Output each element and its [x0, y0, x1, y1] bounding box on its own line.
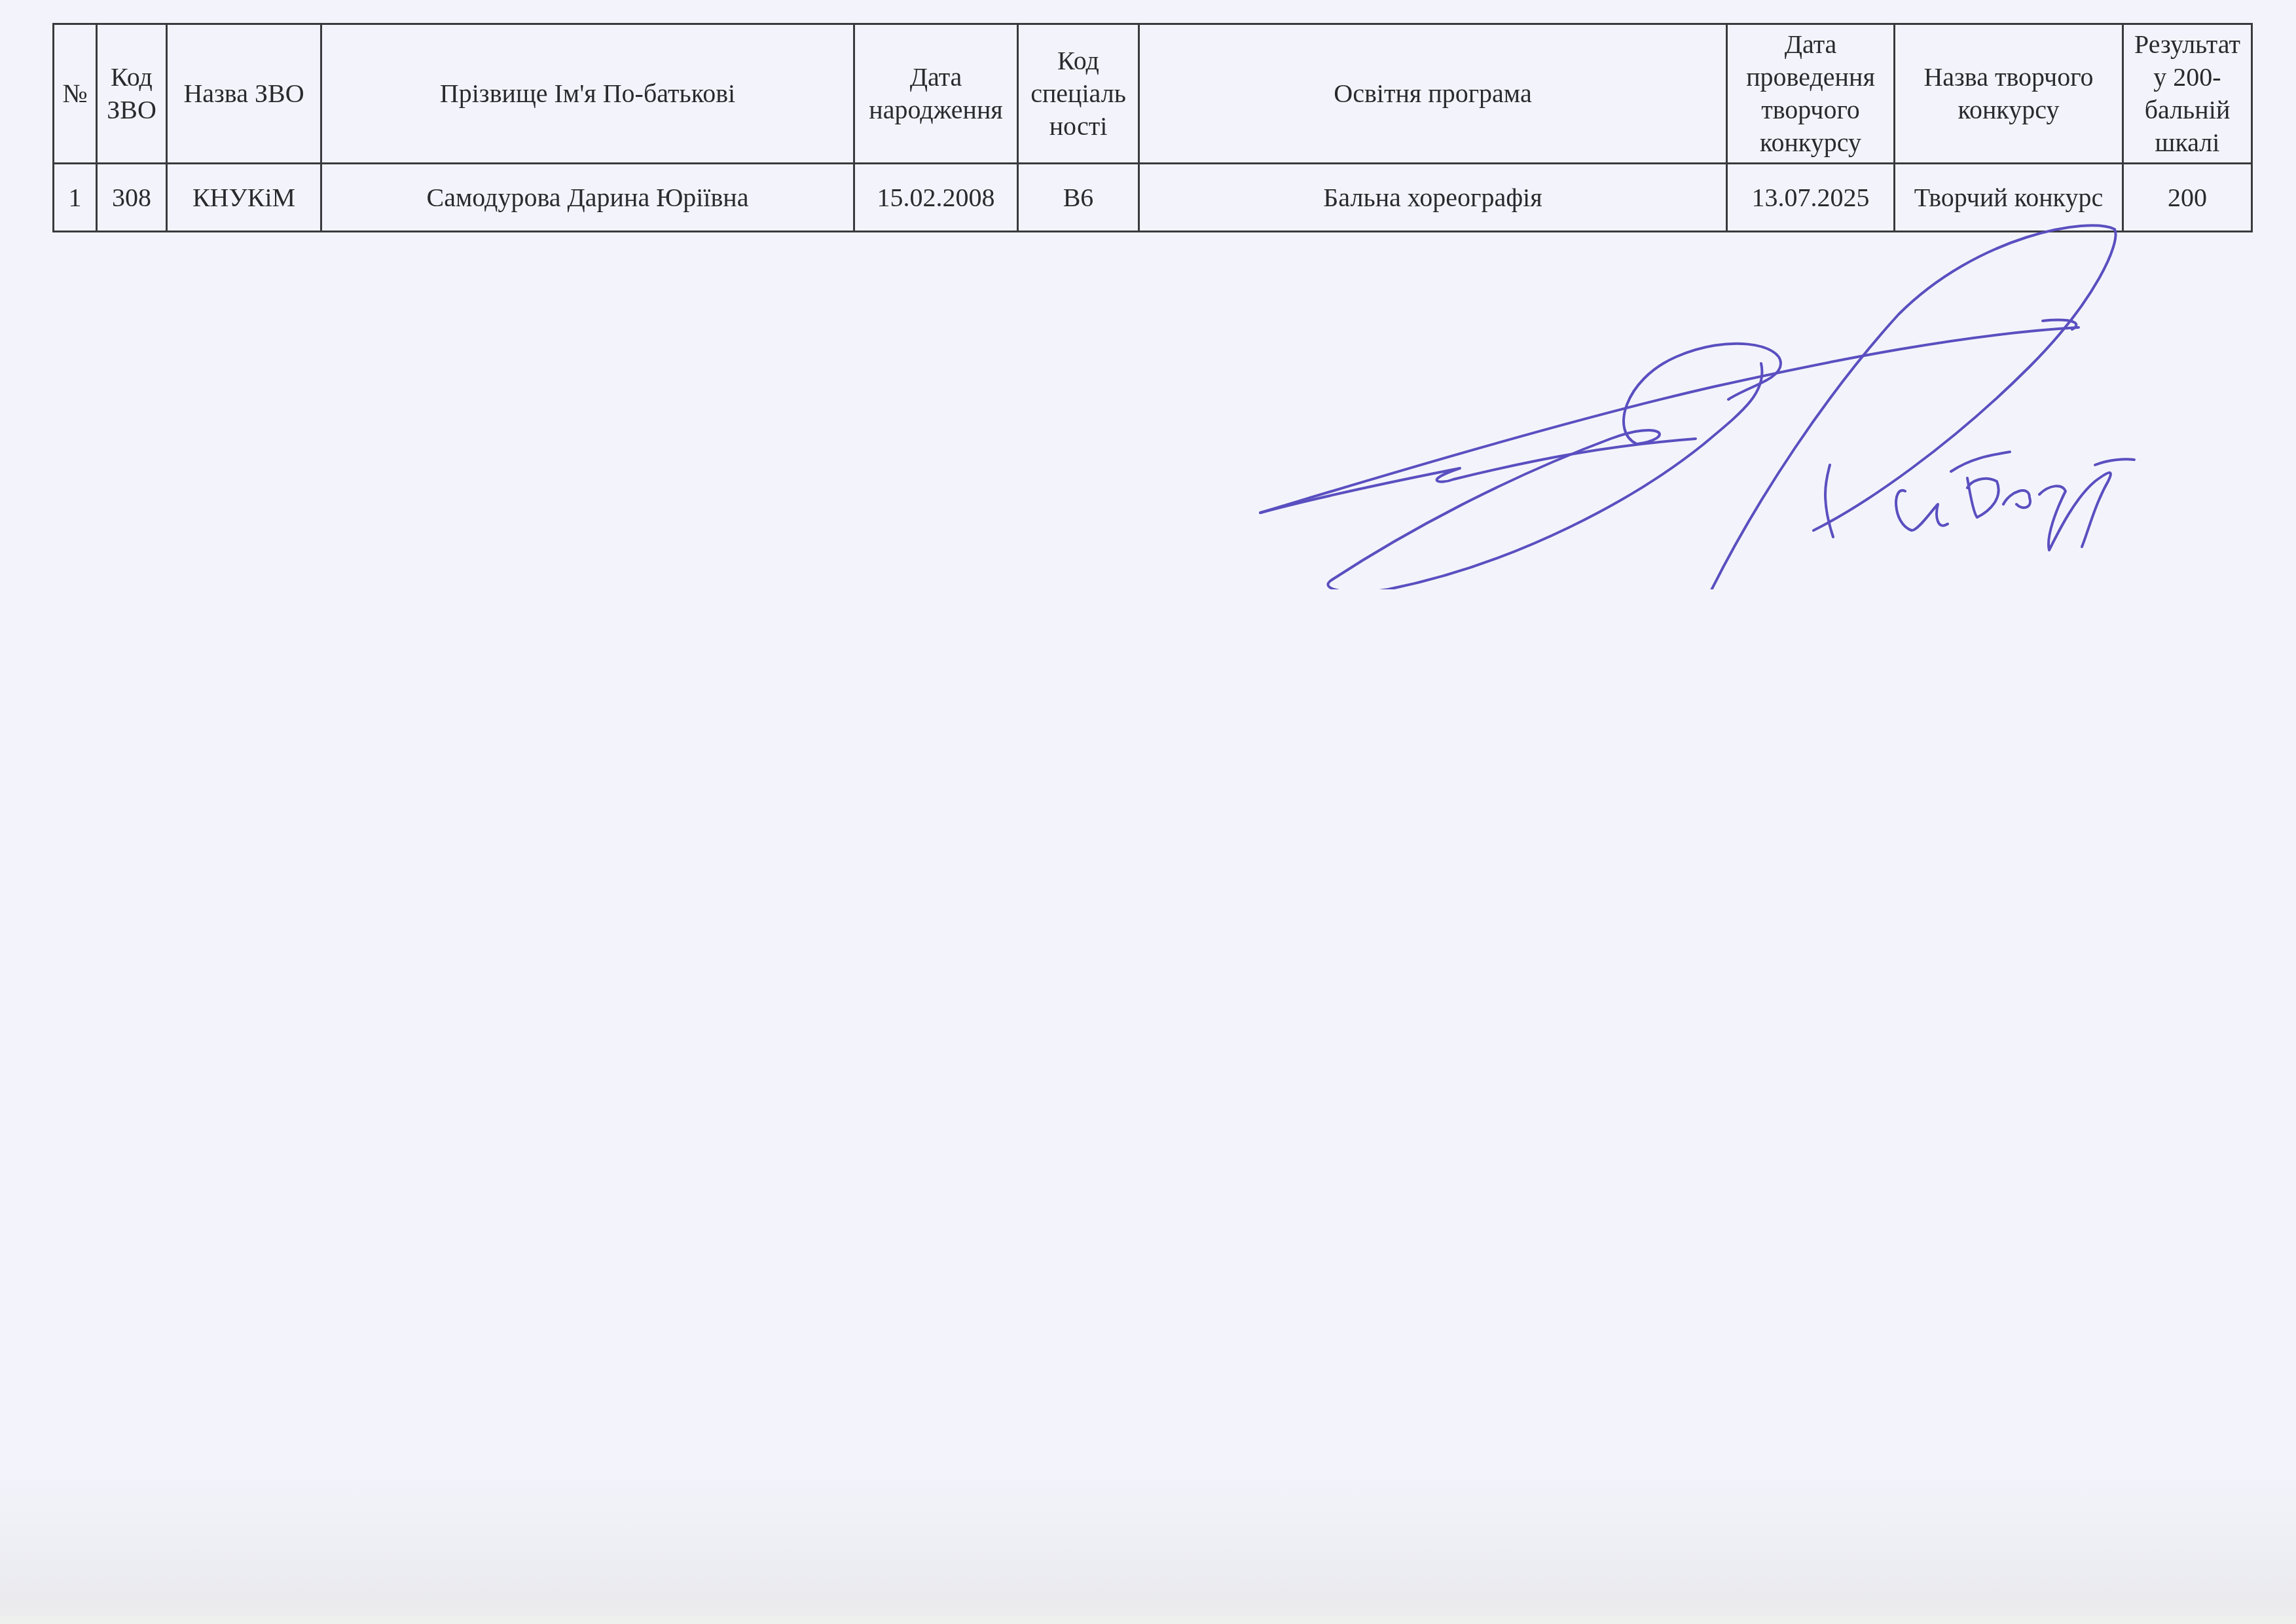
header-number: № [54, 24, 97, 164]
header-specialty-code: Код спеціаль ності [1018, 24, 1139, 164]
header-university-name: Назва ЗВО [167, 24, 321, 164]
header-program: Освітня програма [1139, 24, 1727, 164]
table-header-row: № Код ЗВО Назва ЗВО Прізвище Ім'я По-бат… [54, 24, 2252, 164]
cell-program: Бальна хореографія [1139, 164, 1727, 232]
cell-result: 200 [2123, 164, 2252, 232]
cell-university-code: 308 [97, 164, 167, 232]
scan-shading [0, 1473, 2296, 1624]
cell-university-name: КНУКіМ [167, 164, 321, 232]
cell-contest-name: Творчий конкурс [1895, 164, 2123, 232]
results-table: № Код ЗВО Назва ЗВО Прізвище Ім'я По-бат… [52, 23, 2253, 232]
signature-icon [1244, 223, 2193, 589]
cell-birth-date: 15.02.2008 [854, 164, 1018, 232]
table-row: 1 308 КНУКіМ Самодурова Дарина Юріївна 1… [54, 164, 2252, 232]
cell-number: 1 [54, 164, 97, 232]
header-contest-name: Назва творчого конкурсу [1895, 24, 2123, 164]
header-result: Результат у 200-бальній шкалі [2123, 24, 2252, 164]
header-full-name: Прізвище Ім'я По-батькові [321, 24, 854, 164]
cell-full-name: Самодурова Дарина Юріївна [321, 164, 854, 232]
header-birth-date: Дата народження [854, 24, 1018, 164]
cell-specialty-code: В6 [1018, 164, 1139, 232]
cell-contest-date: 13.07.2025 [1727, 164, 1895, 232]
header-contest-date: Дата проведення творчого конкурсу [1727, 24, 1895, 164]
header-university-code: Код ЗВО [97, 24, 167, 164]
page-edge [0, 1616, 2296, 1624]
